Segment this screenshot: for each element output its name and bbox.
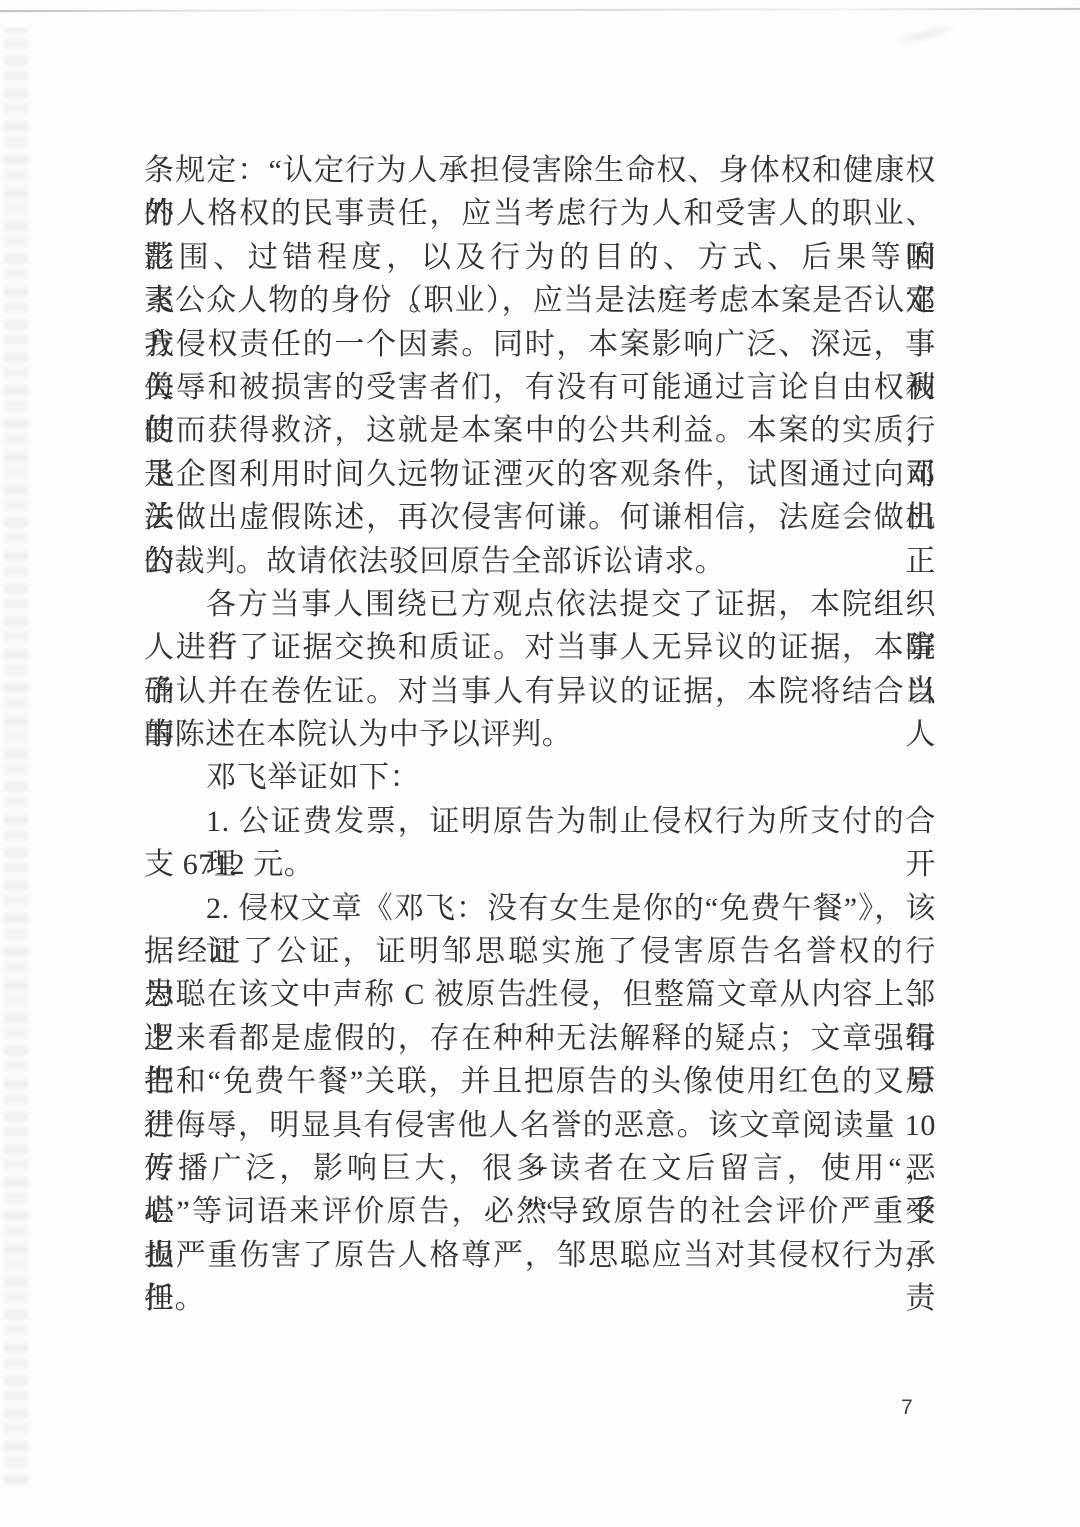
text-line: 关做出虚假陈述，再次侵害何谦。何谦相信，法庭会做出公正 xyxy=(144,496,936,539)
text-line: 2. 侵权文章《邓飞：没有女生是你的“免费午餐”》，该证 xyxy=(144,887,936,930)
text-line: 人进行了证据交换和质证。对当事人无异议的证据，本院予以 xyxy=(144,626,936,669)
text-line: 范围、过错程度，以及行为的目的、方式、后果等因素。”邓 xyxy=(144,236,936,279)
text-line: 行侮辱，明显具有侵害他人名誉的恶意。该文章阅读量 10 万+， xyxy=(144,1104,936,1147)
text-line: 据经过了公证，证明邹思聪实施了侵害原告名誉权的行为。邹 xyxy=(144,930,936,973)
text-line: 飞企图利用时间久远物证湮灭的客观条件，试图通过向司法机 xyxy=(144,453,936,496)
text-line: 堪”等词语来评价原告，必然导致原告的社会评价严重受损， xyxy=(144,1190,936,1233)
document-body: 条规定：“认定行为人承担侵害除生命权、身体权和健康权外的人格权的民事责任，应当考… xyxy=(144,149,936,1321)
scanned-page: 条规定：“认定行为人承担侵害除生命权、身体权和健康权外的人格权的民事责任，应当考… xyxy=(0,0,1080,1527)
text-line: 也严重伤害了原告人格尊严，邹思聪应当对其侵权行为承担责 xyxy=(144,1234,936,1277)
text-line: 的人格权的民事责任，应当考虑行为人和受害人的职业、影响 xyxy=(144,192,936,235)
text-line: 告和“免费午餐”关联，并且把原告的头像使用红色的叉号进 xyxy=(144,1060,936,1103)
scan-artifact-top-line xyxy=(0,8,1080,12)
text-line: 侮辱和被损害的受害者们，有没有可能通过言论自由权利的行 xyxy=(144,366,936,409)
text-line: 邓飞举证如下： xyxy=(144,756,936,799)
text-line: 确认并在卷佐证。对当事人有异议的证据，本院将结合当事人 xyxy=(144,670,936,713)
page-number: 7 xyxy=(901,1396,913,1420)
text-line: 各方当事人围绕已方观点依法提交了证据，本院组织当事 xyxy=(144,583,936,626)
text-line: 上来看都是虚假的，存在种种无法解释的疑点；文章强行把原 xyxy=(144,1017,936,1060)
text-line: 1. 公证费发票，证明原告为制止侵权行为所支付的合理开 xyxy=(144,800,936,843)
text-line: 思聪在该文中声称 C 被原告性侵，但整篇文章从内容上、逻辑 xyxy=(144,973,936,1016)
scan-artifact-left-edge xyxy=(4,28,28,1488)
text-line: 条规定：“认定行为人承担侵害除生命权、身体权和健康权外 xyxy=(144,149,936,192)
text-line: 飞公众人物的身份（职业），应当是法庭考虑本案是否认定我 xyxy=(144,279,936,322)
text-line: 使而获得救济，这就是本案中的公共利益。本案的实质，是邓 xyxy=(144,409,936,452)
text-line: 传播广泛，影响巨大，很多读者在文后留言，使用“恶心”“不 xyxy=(144,1147,936,1190)
scan-artifact-crease xyxy=(889,20,960,51)
text-line: 方侵权责任的一个因素。同时，本案影响广泛、深远，事关被 xyxy=(144,323,936,366)
